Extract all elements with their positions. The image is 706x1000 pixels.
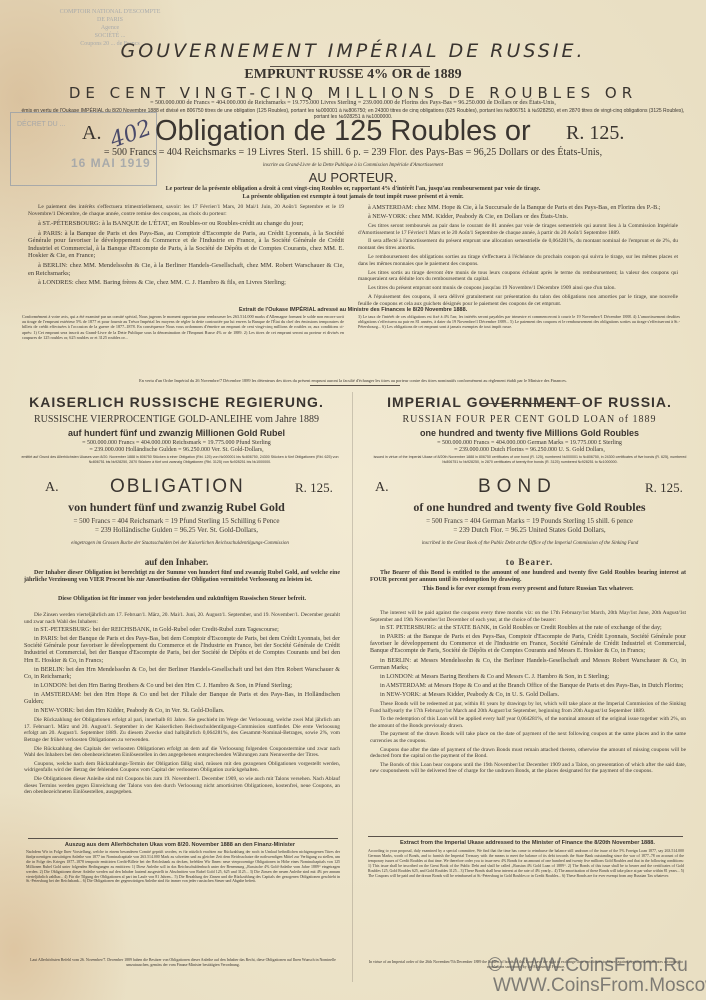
german-bearer: auf den Inhaber. (0, 557, 353, 567)
german-extract-footer: Laut Allerhöchsten Befehl vom 26. Novemb… (26, 958, 340, 968)
german-amount: auf hundert fünf und zwanzig Millionen G… (0, 428, 353, 438)
french-title: GOUVERNEMENT IMPÉRIAL DE RUSSIE. (0, 40, 706, 62)
german-obligation-title: OBLIGATION (110, 476, 245, 498)
paragraph: à LONDRES: chez MM. Baring frères & Cie,… (28, 279, 344, 287)
english-payment-places: The interest will be paid against the co… (370, 610, 686, 777)
english-extract-title: Extract from the Imperial Ukase addresse… (365, 840, 690, 846)
paragraph: à ST.-PÉTERSBOURG: à la BANQUE de L'ÉTAT… (28, 220, 344, 228)
paragraph: à AMSTERDAM: chez MM. Hope & Cie, à la S… (358, 204, 678, 211)
paragraph: Die Rückzahlung des Capitals der verloos… (24, 746, 340, 759)
french-bearer: AU PORTEUR. (0, 170, 706, 185)
paragraph: in AMSTERDAM: bei den Hrn Hope & Co und … (24, 692, 340, 706)
paragraph: in PARIS: at the Banque de Paris et des … (370, 634, 686, 655)
french-extract-right: 3) Le taux de l'intérêt de ces obligatio… (358, 314, 680, 330)
paragraph: in AMSTERDAM: at Messrs Hope & Co and at… (370, 683, 686, 690)
english-value-equiv-2: = 239 Dutch Flor. = 96.25 United States … (363, 526, 696, 534)
french-extract-footer: En vertu d'un Ordre Impérial du 26 Novem… (20, 378, 686, 384)
english-subtitle: of one hundred and twenty five Gold Roub… (353, 500, 706, 515)
french-face-value: R. 125. (566, 122, 624, 145)
german-intro-2: Diese Obligation ist für immer von jeder… (24, 596, 340, 603)
paragraph: in LONDON: at Messrs Baring Brothers & C… (370, 674, 686, 681)
stamp-line: COMPTOIR NATIONAL D'ESCOMPTE (40, 8, 180, 16)
divider (28, 838, 338, 839)
english-equiv-2: = 239.000.000 Dutch Florins = 96.250.000… (363, 447, 696, 454)
german-value-equiv-2: = 239 Holländische Gulden = 96.25 Ver. S… (10, 526, 343, 534)
paragraph: A l'épuisement des coupons, il sera déli… (358, 294, 678, 308)
paragraph: à PARIS: à la Banque de Paris et des Pay… (28, 230, 344, 260)
german-series: A. (45, 480, 59, 496)
paragraph: Les titres du présent emprunt sont munis… (358, 285, 678, 292)
english-value-equiv-1: = 500 Francs = 404 German Marks = 19 Pou… (363, 517, 696, 525)
english-bearer: to Bearer. (353, 557, 706, 567)
german-payment-places: Die Zinsen werden vierteljährlich am 17.… (24, 612, 340, 798)
paragraph: Coupons due after the date of payment of… (370, 747, 686, 760)
series-letter: A. (82, 122, 101, 145)
paragraph: in ST.-PETERSBURG: bei der REICHSBANK, i… (24, 627, 340, 634)
stamp-line: DE PARIS (40, 16, 180, 24)
english-issue-details: issued in virtue of the Imperial Ukase o… (370, 455, 690, 464)
paragraph: Die Rückzahlung der Obligationen erfolgt… (24, 717, 340, 743)
german-extract-title: Auszug aus dem Allerhöchsten Ukas vom 8/… (20, 842, 340, 848)
paragraph: Die Zinsen werden vierteljährlich am 17.… (24, 612, 340, 625)
paragraph: Coupons, welche nach dem Rückzahlungs-Te… (24, 761, 340, 774)
french-intro-2: La présente obligation est exempte à tou… (40, 194, 666, 201)
paragraph: à BERLIN: chez MM. Mendelssohn & Cie, à … (28, 262, 344, 277)
paragraph: Le paiement des intérêts s'effectuera tr… (28, 204, 344, 218)
french-extract-title: Extrait de l'Oukase IMPÉRIAL adressé au … (100, 307, 606, 313)
paragraph: in ST. PETERSBURG: at the STATE BANK, in… (370, 625, 686, 632)
paragraph: The interest will be paid against the co… (370, 610, 686, 623)
watermark-line-2: WWW.CoinsFrom.Moscow (493, 975, 706, 997)
paragraph: in BERLIN: at Messrs Mendelssohn & Co, t… (370, 658, 686, 672)
paragraph: in PARIS: bei der Banque de Paris et des… (24, 636, 340, 664)
german-extract-text: Nachdem Wir in Folge Ihrer Vorstellung, … (26, 850, 340, 884)
english-title: IMPERIAL GOVERNMENT OF RUSSIA. (353, 394, 706, 410)
german-intro-1: Der Inhaber dieser Obligation ist berech… (24, 570, 340, 587)
french-intro-1: Le porteur de la présente obligation a d… (40, 186, 666, 193)
english-extract-text: According to your proposal, duly examine… (368, 849, 684, 878)
french-inscribed: inscrite au Grand-Livre de la Dette Publ… (100, 163, 606, 169)
column-divider (352, 392, 353, 982)
paragraph: Les titres sortis au tirage devront être… (358, 270, 678, 284)
english-inscribed: inscribed in the Great Book of the Publi… (370, 541, 690, 547)
french-extract-left: Conformément à votre avis, qui a été exa… (22, 314, 344, 340)
stamp-line: Agence (40, 24, 180, 32)
paragraph: To the redemption of this Loan will be a… (370, 716, 686, 729)
paragraph: in BERLIN: bei den Hrn Mendelssohn & Co,… (24, 667, 340, 681)
english-bond-title: BOND (478, 476, 557, 498)
french-loan-title: EMPRUNT RUSSE 4% OR de 1889 (0, 67, 706, 83)
paragraph: à NEW-YORK: chez MM. Kidder, Peabody & C… (358, 213, 678, 220)
french-payment-left: Le paiement des intérêts s'effectuera tr… (28, 204, 344, 289)
english-face-value: R. 125. (645, 480, 683, 496)
german-face-value: R. 125. (295, 480, 333, 496)
french-equivalents: = 500.000.000 de Francs = 404.000.000 de… (20, 100, 686, 107)
paragraph: Der Inhaber dieser Obligation ist berech… (24, 570, 340, 585)
divider (368, 836, 683, 837)
paragraph: Le remboursement des obligations sorties… (358, 254, 678, 268)
english-intro-2: This Bond is for ever exempt from every … (370, 586, 686, 593)
german-title: KAISERLICH RUSSISCHE REGIERUNG. (0, 394, 353, 410)
english-loan-title: RUSSIAN FOUR PER CENT GOLD LOAN of 1889 (353, 414, 706, 425)
paragraph: Ces titres seront remboursés au pair dan… (358, 223, 678, 237)
paragraph: The payment of the drawn Bonds will take… (370, 731, 686, 744)
paragraph: in LONDON: bei den Hrn Baring Brothers &… (24, 683, 340, 690)
german-value-equiv-1: = 500 Francs = 404 Reichsmark = 19 Pfund… (10, 517, 343, 525)
paragraph: in NEW-YORK: at Messrs Kidder, Peabody &… (370, 692, 686, 699)
english-series: A. (375, 480, 389, 496)
german-inscribed: eingetragen im Grossen Buche der Staatss… (20, 541, 340, 547)
paragraph: These Bonds will be redeemed at par, wit… (370, 701, 686, 714)
watermark-line-1: © WWW.CoinsFrom.Ru (488, 955, 688, 977)
paragraph: Die Obligationen dieser Anleihe sind mit… (24, 776, 340, 796)
paragraph: Il sera affecté à l'amortissement du pré… (358, 238, 678, 252)
paragraph: in NEW-YORK: bei den Hrn Kidder, Peabody… (24, 708, 340, 715)
paragraph: The Bearer of this Bond is entitled to t… (370, 570, 686, 585)
english-amount: one hundred and twenty five Millions Gol… (353, 428, 706, 438)
stamp-line: SOCIÉTÉ ... (40, 32, 180, 40)
french-value-equivalents: = 500 Francs = 404 Reichsmarks = 19 Livr… (20, 147, 686, 158)
german-subtitle: von hundert fünf und zwanzig Rubel Gold (0, 500, 353, 515)
english-intro-1: The Bearer of this Bond is entitled to t… (370, 570, 686, 587)
paragraph: The Bonds of this Loan bear coupons unti… (370, 762, 686, 775)
french-obligation-title: Obligation de 125 Roubles or (155, 115, 531, 148)
french-payment-right: à AMSTERDAM: chez MM. Hope & Cie, à la S… (358, 204, 678, 310)
german-equiv-2: = 239.000.000 Holländische Gulden = 96.2… (10, 447, 343, 454)
divider (310, 385, 400, 386)
german-issue-details: emittirt auf Grund des Allerhöchsten Uka… (20, 455, 340, 464)
german-loan-title: RUSSISCHE VIERPROCENTIGE GOLD-ANLEIHE vo… (0, 414, 353, 425)
